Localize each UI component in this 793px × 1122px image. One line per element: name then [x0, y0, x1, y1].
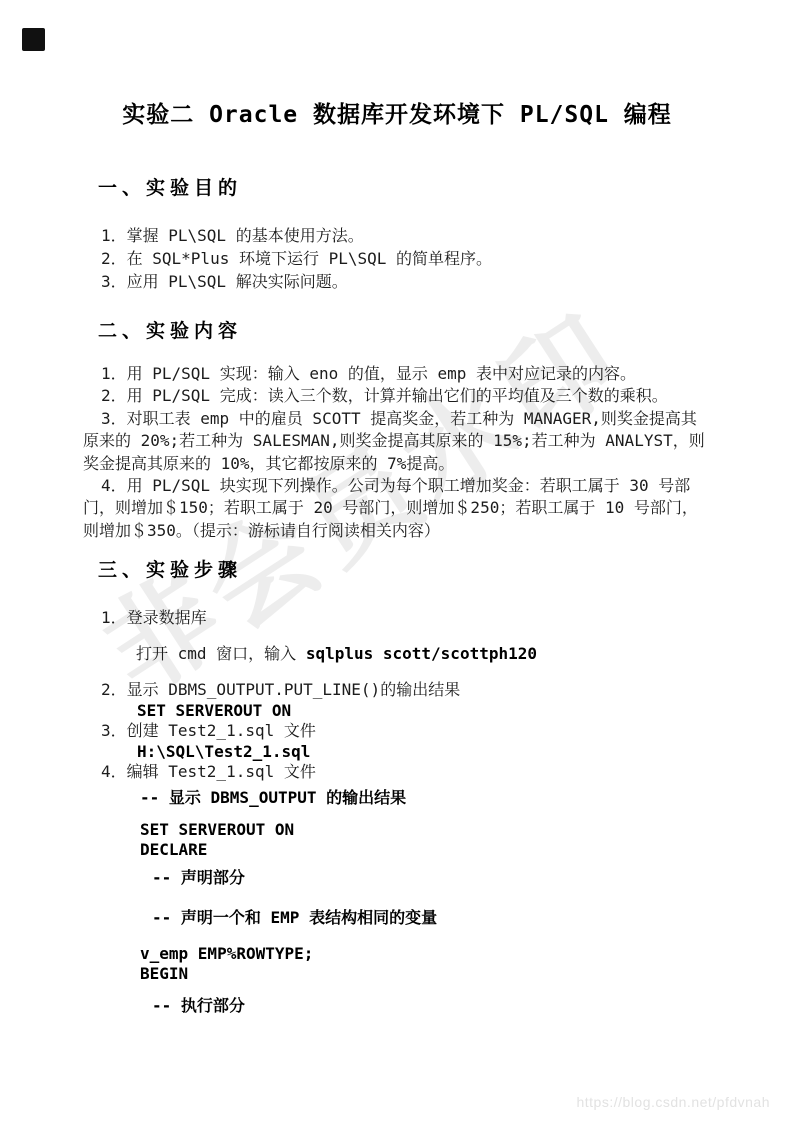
page-title: 实验二 Oracle 数据库开发环境下 PL/SQL 编程	[83, 100, 711, 130]
purpose-item-2: 2．在 SQL*Plus 环境下运行 PL\SQL 的简单程序。	[83, 247, 711, 270]
step-3-label: 3．创建 Test2_1.sql 文件	[83, 721, 711, 741]
content-item-3: 3．对职工表 emp 中的雇员 SCOTT 提高奖金，若工种为 MANAGER,…	[83, 408, 711, 475]
content-item-2: 2．用 PL/SQL 完成：读入三个数，计算并输出它们的平均值及三个数的乘积。	[83, 385, 711, 407]
purpose-list: 1．掌握 PL\SQL 的基本使用方法。 2．在 SQL*Plus 环境下运行 …	[83, 224, 711, 293]
document-page: 非会员水印 实验二 Oracle 数据库开发环境下 PL/SQL 编程 一、实验…	[0, 0, 793, 1122]
step-1-detail-text: 打开 cmd 窗口，输入	[136, 644, 306, 663]
content-list: 1．用 PL/SQL 实现：输入 eno 的值，显示 emp 表中对应记录的内容…	[83, 363, 711, 542]
section-heading-steps: 三、实验步骤	[98, 558, 711, 582]
csdn-url-watermark: https://blog.csdn.net/pfdvnah	[576, 1094, 770, 1110]
section-heading-content: 二、实验内容	[98, 319, 711, 343]
content-item-4: 4．用 PL/SQL 块实现下列操作。公司为每个职工增加奖金：若职工属于 30 …	[83, 475, 711, 542]
step-4-label: 4．编辑 Test2_1.sql 文件	[83, 762, 711, 782]
step-1-label: 1．登录数据库	[83, 608, 711, 628]
corner-mark	[22, 28, 45, 51]
step-2-label: 2．显示 DBMS_OUTPUT.PUT_LINE()的输出结果	[83, 680, 711, 700]
step-3-code: H:\SQL\Test2_1.sql	[83, 741, 711, 762]
document-body: 实验二 Oracle 数据库开发环境下 PL/SQL 编程 一、实验目的 1．掌…	[83, 0, 711, 1016]
steps-list: 1．登录数据库 打开 cmd 窗口，输入 sqlplus scott/scott…	[83, 608, 711, 782]
code-comment-rowtype: -- 声明一个和 EMP 表结构相同的变量	[83, 908, 711, 928]
step-1-detail: 打开 cmd 窗口，输入 sqlplus scott/scottph120	[83, 644, 711, 664]
code-set-serverout: SET SERVEROUT ON	[83, 820, 711, 840]
code-comment-declare: -- 声明部分	[83, 868, 711, 888]
code-vemp: v_emp EMP%ROWTYPE;	[83, 944, 711, 964]
code-comment-execute: -- 执行部分	[83, 996, 711, 1016]
content-item-1: 1．用 PL/SQL 实现：输入 eno 的值，显示 emp 表中对应记录的内容…	[83, 363, 711, 385]
code-begin: BEGIN	[83, 964, 711, 984]
step-1-command: sqlplus scott/scottph120	[306, 644, 537, 663]
purpose-item-1: 1．掌握 PL\SQL 的基本使用方法。	[83, 224, 711, 247]
purpose-item-3: 3．应用 PL\SQL 解决实际问题。	[83, 270, 711, 293]
code-declare: DECLARE	[83, 840, 711, 860]
step-2-code: SET SERVEROUT ON	[83, 700, 711, 721]
section-heading-purpose: 一、实验目的	[98, 176, 711, 200]
sql-code-block: -- 显示 DBMS_OUTPUT 的输出结果 SET SERVEROUT ON…	[83, 788, 711, 1016]
code-comment-output: -- 显示 DBMS_OUTPUT 的输出结果	[83, 788, 711, 808]
